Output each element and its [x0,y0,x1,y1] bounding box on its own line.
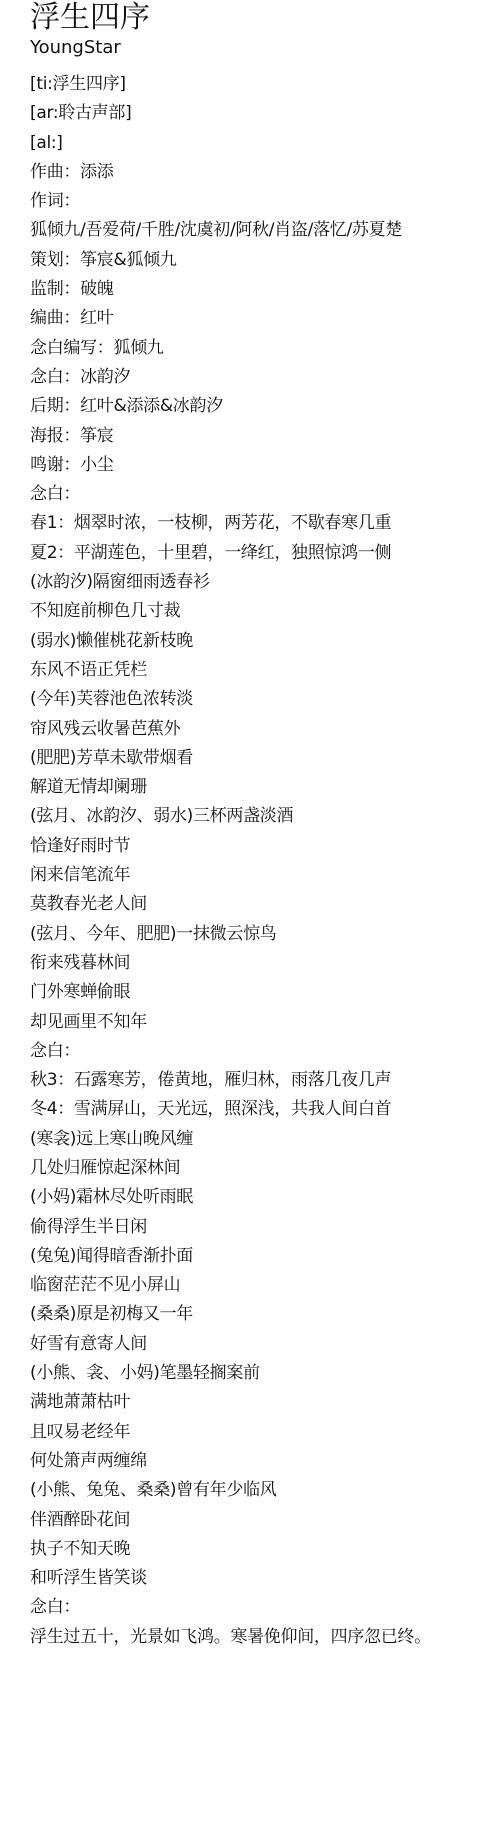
lyric-line: 且叹易老经年 [30,1418,500,1447]
lyric-line: (今年)芙蓉池色浓转淡 [30,685,500,714]
lyric-line: 狐倾九/吾爱荷/千胜/沈虞初/阿秋/肖盗/落忆/苏夏楚 [30,216,500,245]
lyric-line: 满地萧萧枯叶 [30,1388,500,1417]
lyrics-page: 浮生四序 YoungStar [ti:浮生四序][ar:聆古声部][al:] 作… [0,0,500,1652]
lyric-line: 执子不知天晚 [30,1535,500,1564]
lyric-line: 作词： [30,187,500,216]
lyric-line: 闲来信笔流年 [30,861,500,890]
lyric-line: 夏2：平湖莲色，十里碧，一绛红，独照惊鸿一侧 [30,539,500,568]
lyric-line: [ar:聆古声部] [30,99,500,128]
lyric-line: 帘风残云收暑芭蕉外 [30,715,500,744]
lyric-line: 冬4：雪满屏山，天光远，照深浅，共我人间白首 [30,1095,500,1124]
lyric-line: 浮生过五十，光景如飞鸿。寒暑俛仰间，四序忽已终。 [30,1623,500,1652]
lyric-line: (冰韵汐)隔窗细雨透春衫 [30,568,500,597]
lyric-line: 念白： [30,480,500,509]
lyric-line: (寒衾)远上寒山晚风缠 [30,1125,500,1154]
lyric-line: 却见画里不知年 [30,1008,500,1037]
lyric-line: (弦月、冰韵汐、弱水)三杯两盏淡酒 [30,802,500,831]
lyric-line: 念白编写：狐倾九 [30,334,500,363]
lyric-line: 莫教春光老人间 [30,890,500,919]
lyric-line: 衔来残暮林间 [30,949,500,978]
lyric-line: 不知庭前柳色几寸裁 [30,597,500,626]
lyric-line: 策划：筝宸&狐倾九 [30,246,500,275]
lyric-line: 几处归雁惊起深林间 [30,1154,500,1183]
lyric-line: 门外寒蝉偷眼 [30,978,500,1007]
lyric-line: [al:] [30,129,500,158]
lyric-line: 好雪有意寄人间 [30,1330,500,1359]
lyric-line: 解道无情却阑珊 [30,773,500,802]
lyric-line: 临窗茫茫不见小屏山 [30,1271,500,1300]
lyric-line: 偷得浮生半日闲 [30,1213,500,1242]
lyrics-list: [ti:浮生四序][ar:聆古声部][al:] 作曲：添添 作词：狐倾九/吾爱荷… [30,70,500,1652]
song-artist: YoungStar [30,36,500,60]
lyric-line: 监制：破魄 [30,275,500,304]
lyric-line: (弦月、今年、肥肥)一抹微云惊鸟 [30,920,500,949]
lyric-line: (兔兔)闻得暗香渐扑面 [30,1242,500,1271]
lyric-line: 海报：筝宸 [30,422,500,451]
lyric-line: 作曲：添添 [30,158,500,187]
lyric-line: (桑桑)原是初梅又一年 [30,1300,500,1329]
lyric-line: (小妈)霜林尽处听雨眠 [30,1183,500,1212]
lyric-line: 念白： [30,1593,500,1622]
lyric-line: (小熊、衾、小妈)笔墨轻搁案前 [30,1359,500,1388]
lyric-line: 春1：烟翠时浓，一枝柳，两芳花，不歇春寒几重 [30,509,500,538]
lyric-line: [ti:浮生四序] [30,70,500,99]
lyric-line: (小熊、兔兔、桑桑)曾有年少临风 [30,1476,500,1505]
lyric-line: 秋3：石露寒芳，倦黄地，雁归林，雨落几夜几声 [30,1066,500,1095]
lyric-line: 念白：冰韵汐 [30,363,500,392]
lyric-line: 恰逢好雨时节 [30,832,500,861]
lyric-line: 后期：红叶&添添&冰韵汐 [30,392,500,421]
lyric-line: 何处箫声两缠绵 [30,1447,500,1476]
lyric-line: (肥肥)芳草未歇带烟看 [30,744,500,773]
song-title: 浮生四序 [30,0,500,36]
lyric-line: 鸣谢：小尘 [30,451,500,480]
lyric-line: 东风不语正凭栏 [30,656,500,685]
lyric-line: 伴酒醉卧花间 [30,1506,500,1535]
lyric-line: 念白： [30,1037,500,1066]
lyric-line: 和听浮生皆笑谈 [30,1564,500,1593]
lyric-line: (弱水)懒催桃花新枝晚 [30,627,500,656]
lyric-line: 编曲：红叶 [30,304,500,333]
